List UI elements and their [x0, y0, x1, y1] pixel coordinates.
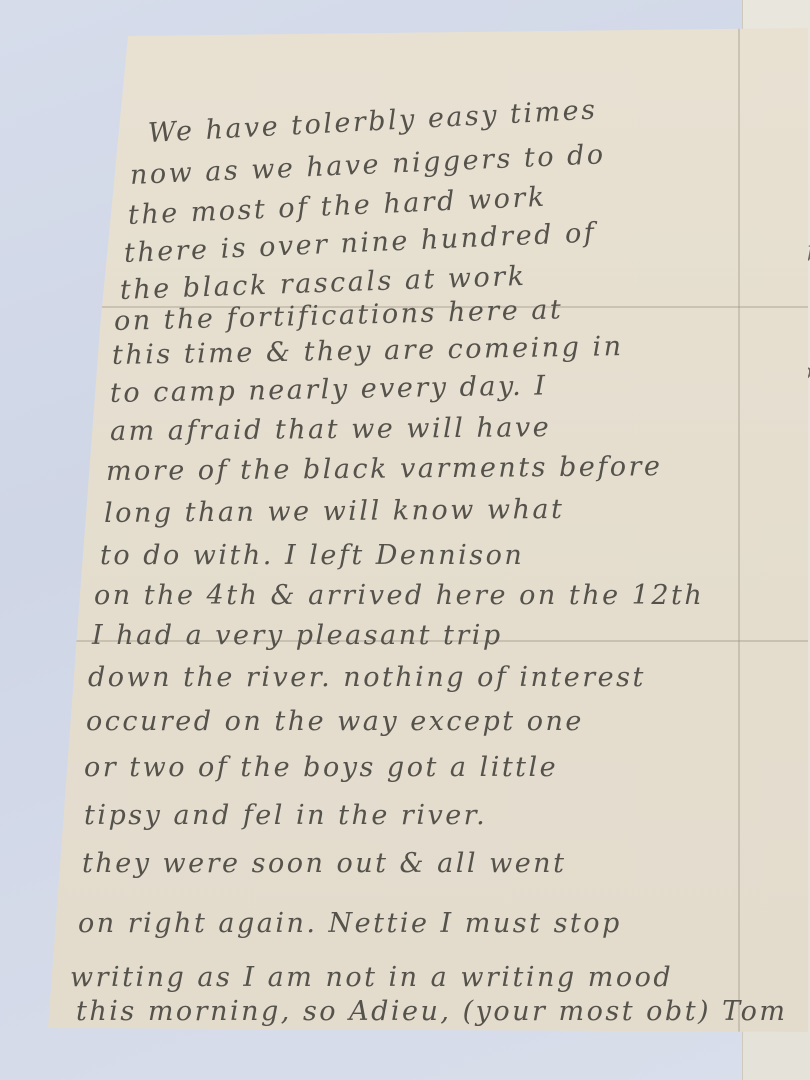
text-line: occured on the way except one [86, 706, 584, 737]
text-line: on right again. Nettie I must stop [78, 908, 622, 939]
text-line: or two of the boys got a little [84, 752, 558, 783]
text-line: more of the black varments before [106, 451, 663, 487]
signature-line: this morning, so Adieu, (your most obt) … [76, 996, 787, 1027]
text-line: I had a very pleasant trip [92, 620, 503, 651]
text-line: long than we will know what [104, 494, 565, 529]
handwritten-text: We have tolerbly easy times now as we ha… [0, 0, 810, 1080]
text-line: am afraid that we will have [110, 412, 551, 447]
letter-photo: Of a of We have tolerbly easy times now … [0, 0, 810, 1080]
text-line: to camp nearly every day. I [110, 370, 548, 409]
text-line: to do with. I left Dennison [100, 540, 524, 571]
text-line: writing as I am not in a writing mood [70, 962, 673, 993]
text-line: they were soon out & all went [82, 848, 566, 879]
text-line: down the river. nothing of interest [88, 662, 646, 693]
text-line: tipsy and fel in the river. [84, 800, 487, 831]
text-line: this time & they are comeing in [112, 331, 624, 371]
text-line: We have tolerbly easy times [147, 94, 598, 149]
text-line: on the 4th & arrived here on the 12th [94, 580, 704, 611]
